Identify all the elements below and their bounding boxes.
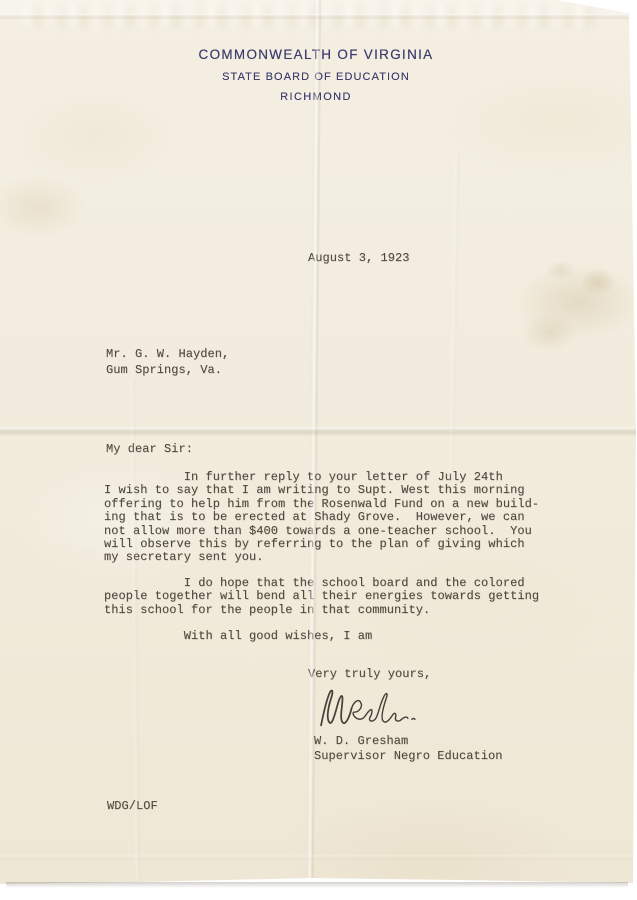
- vertical-wrinkle-right: [449, 150, 460, 480]
- scanned-letter-page: COMMONWEALTH OF VIRGINIA STATE BOARD OF …: [0, 0, 637, 900]
- letterhead-commonwealth-line: COMMONWEALTH OF VIRGINIA: [0, 47, 632, 62]
- horizontal-fold-crease-bottom: [0, 855, 637, 860]
- letter-paper: COMMONWEALTH OF VIRGINIA STATE BOARD OF …: [0, 0, 637, 886]
- handwritten-signature-gresham: [318, 687, 416, 729]
- valediction: Very truly yours,: [308, 668, 431, 681]
- reference-initials: WDG/LOF: [107, 800, 158, 813]
- body-paragraph-2: I do hope that the school board and the …: [104, 577, 539, 617]
- paper-bottom-edge-shadow: [6, 882, 628, 888]
- date-line: August 3, 1923: [308, 252, 410, 265]
- paper-top-highlight: [0, 0, 637, 15]
- letterhead-city-line: RICHMOND: [0, 91, 632, 103]
- closing-line: With all good wishes, I am: [104, 630, 372, 643]
- salutation: My dear Sir:: [106, 443, 193, 456]
- body-paragraph-1: In further reply to your letter of July …: [104, 471, 539, 565]
- recipient-address: Mr. G. W. Hayden, Gum Springs, Va.: [106, 347, 229, 378]
- letterhead-board-line: STATE BOARD OF EDUCATION: [0, 71, 632, 83]
- signature-block: W. D. Gresham Supervisor Negro Education: [314, 734, 503, 765]
- horizontal-fold-crease-middle: [0, 427, 637, 436]
